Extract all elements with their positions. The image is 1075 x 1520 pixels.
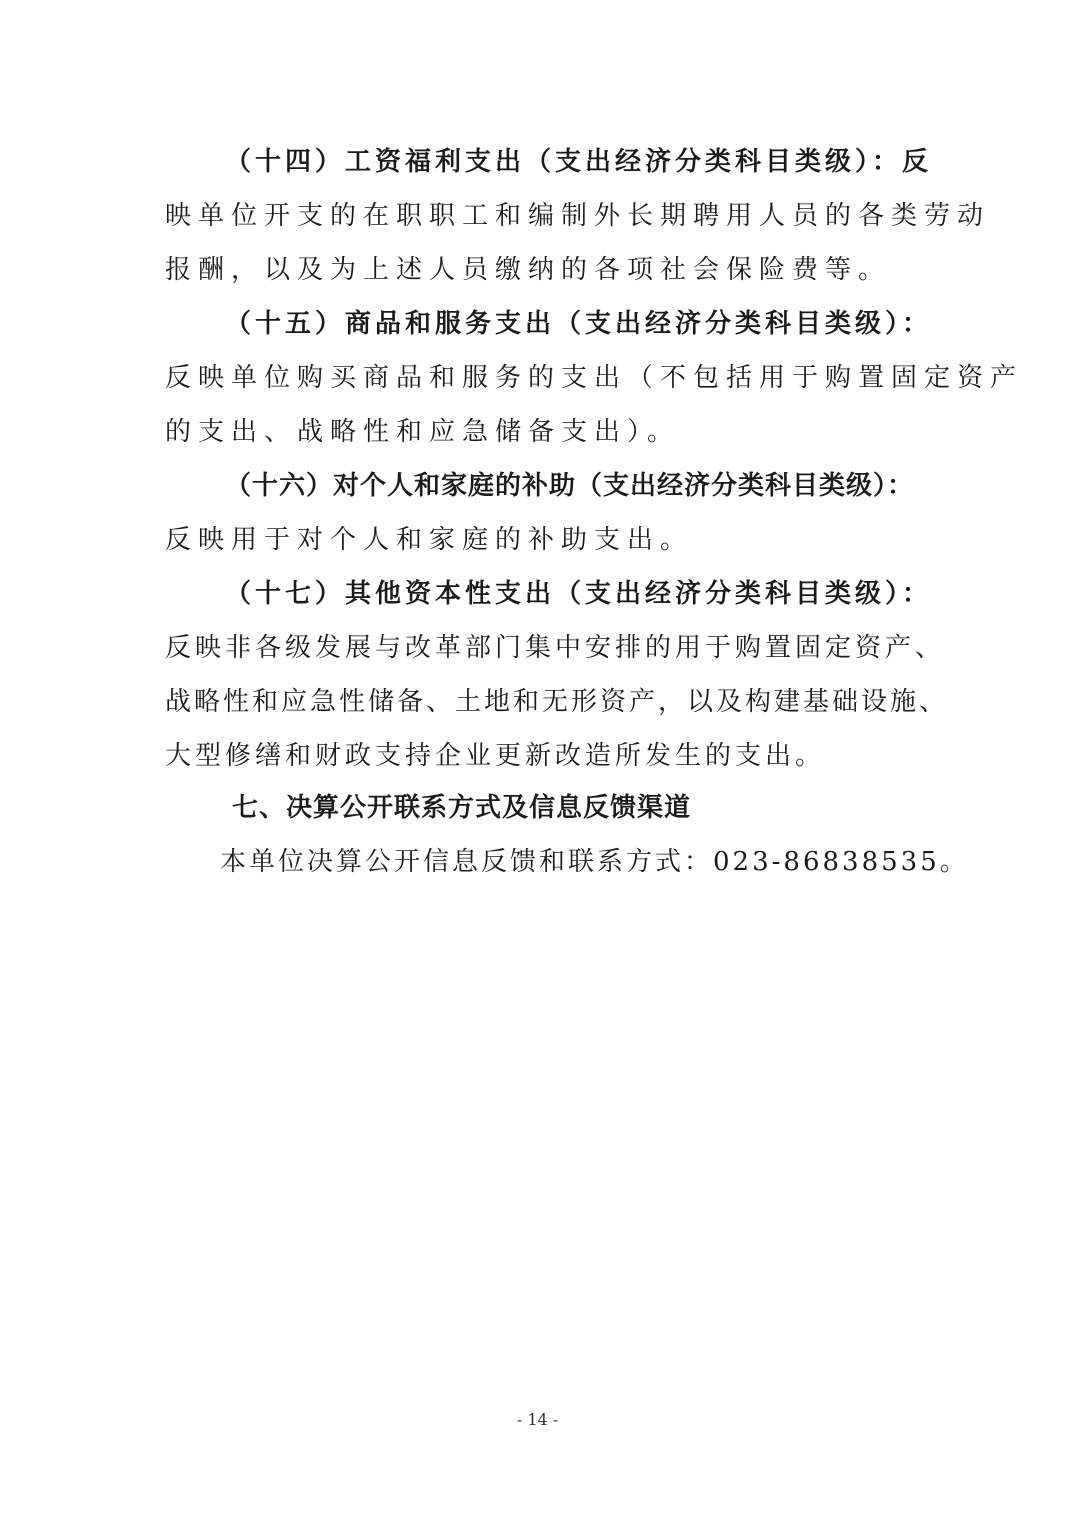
document-page: （十四）工资福利支出（支出经济分类科目类级）：反 映单位开支的在职职工和编制外长… bbox=[0, 0, 1075, 1520]
section-15-body-line-2: 的支出、战略性和应急储备支出）。 bbox=[165, 416, 915, 448]
section-14-heading: （十四）工资福利支出（支出经济分类科目类级）：反 bbox=[225, 146, 975, 178]
contact-info: 本单位决算公开信息反馈和联系方式：023-86838535。 bbox=[220, 846, 969, 878]
section-17-body-line-3: 大型修缮和财政支持企业更新改造所发生的支出。 bbox=[165, 740, 915, 772]
section-17-heading: （十七）其他资本性支出（支出经济分类科目类级）： bbox=[225, 578, 975, 610]
section-16-body-line-1: 反映用于对个人和家庭的补助支出。 bbox=[165, 524, 915, 556]
section-14-body-line-1: 映单位开支的在职职工和编制外长期聘用人员的各类劳动 bbox=[165, 200, 915, 232]
section-15-body-line-1: 反映单位购买商品和服务的支出（不包括用于购置固定资产 bbox=[165, 362, 915, 394]
section-14-body-line-2: 报酬，以及为上述人员缴纳的各项社会保险费等。 bbox=[165, 254, 915, 286]
section-16-heading: （十六）对个人和家庭的补助（支出经济分类科目类级）： bbox=[225, 470, 975, 502]
page-number: - 14 - bbox=[0, 1410, 1075, 1429]
section-15-heading: （十五）商品和服务支出（支出经济分类科目类级）： bbox=[225, 308, 975, 340]
chapter-7-title: 七、决算公开联系方式及信息反馈渠道 bbox=[232, 792, 691, 824]
section-17-body-line-1: 反映非各级发展与改革部门集中安排的用于购置固定资产、 bbox=[165, 632, 915, 664]
section-17-body-line-2: 战略性和应急性储备、土地和无形资产，以及构建基础设施、 bbox=[165, 686, 915, 718]
